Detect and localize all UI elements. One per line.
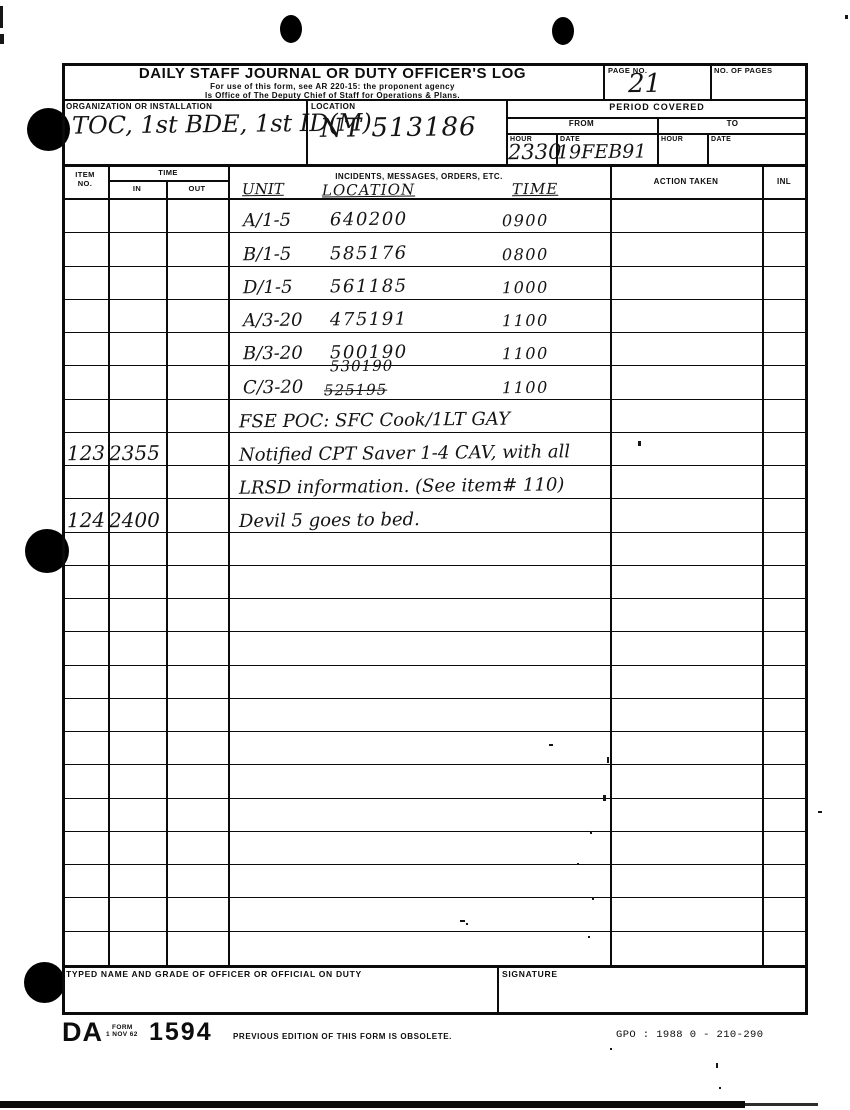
log-table-row [62, 533, 806, 566]
form-rule-line [228, 166, 230, 965]
location-value: NT 513186 [320, 114, 477, 142]
entry-note: FSE POC: SFC Cook/1LT GAY [239, 410, 510, 431]
scan-speck [716, 1063, 718, 1068]
entry-unit: D/1-5 [243, 278, 293, 297]
log-table-row [62, 799, 806, 832]
log-table-row [62, 566, 806, 599]
log-table-row [62, 632, 806, 665]
entry-unit: B/1-5 [243, 245, 291, 264]
form-rule-line [62, 99, 808, 101]
scan-speck [0, 34, 4, 44]
to-date-label: DATE [711, 136, 731, 143]
item-no-label-line2: NO. [62, 180, 108, 188]
log-table-row [62, 832, 806, 865]
action-taken-column-label: ACTION TAKEN [610, 178, 762, 186]
scan-speck [638, 441, 641, 446]
form-rule-line [762, 166, 764, 965]
from-hour-value: 2330 [508, 142, 562, 164]
entry-location-corrected: 530190 [330, 359, 393, 375]
page-no-value: 21 [628, 71, 661, 97]
log-table-row [62, 898, 806, 931]
time-in-label: IN [108, 185, 166, 193]
form-rule-line [62, 63, 808, 66]
log-table-row: FSE POC: SFC Cook/1LT GAY [62, 400, 806, 433]
entry-time: 1100 [502, 346, 549, 362]
log-table-row: B/1-55851760800 [62, 233, 806, 266]
form-rule-line [306, 100, 308, 166]
log-table-row: LRSD information. (See item# 110) [62, 466, 806, 499]
signature-label: SIGNATURE [502, 970, 558, 979]
inl-column-label: INL [762, 178, 806, 186]
entry-note: Notified CPT Saver 1-4 CAV, with all [239, 443, 570, 464]
from-date-value: 19FEB91 [557, 143, 647, 163]
entry-time: 1000 [502, 280, 549, 296]
hw-time-subheader: TIME [512, 182, 558, 197]
scan-speck [588, 936, 590, 938]
form-rule-line [707, 133, 709, 166]
to-hour-label: HOUR [661, 136, 683, 143]
form-rule-line [108, 166, 110, 965]
log-table-row [62, 732, 806, 765]
form-rule-line [497, 965, 499, 1012]
scan-speck [590, 831, 592, 834]
entry-time-in: 2400 [109, 509, 160, 530]
footer-form-prefix: DA [62, 1018, 103, 1046]
hw-unit-subheader: UNIT [242, 182, 284, 197]
time-column-label: TIME [108, 169, 228, 177]
typed-name-label: TYPED NAME AND GRADE OF OFFICER OR OFFIC… [66, 970, 362, 979]
log-table-row: 1242400Devil 5 goes to bed. [62, 499, 806, 532]
log-table-row [62, 932, 806, 965]
entry-time: 1100 [502, 379, 549, 395]
entry-location: 585176 [330, 244, 408, 263]
entry-location: 475191 [330, 311, 408, 330]
entry-note: LRSD information. (See item# 110) [239, 477, 565, 498]
form-title: DAILY STAFF JOURNAL OR DUTY OFFICER'S LO… [62, 66, 603, 82]
form-rule-line [805, 63, 808, 1015]
form-rule-line [603, 63, 605, 101]
footer-form-number: 1594 [149, 1019, 213, 1045]
form-rule-line [108, 180, 228, 182]
footer-gpo-number: GPO : 1988 0 - 210-290 [616, 1030, 763, 1041]
log-table-row [62, 865, 806, 898]
log-table-row: D/1-55611851000 [62, 267, 806, 300]
log-table-row: 1232355Notified CPT Saver 1-4 CAV, with … [62, 433, 806, 466]
log-table-row [62, 765, 806, 798]
scan-speck [719, 1087, 721, 1089]
scan-speck [592, 897, 594, 900]
scan-speck [577, 863, 579, 865]
entry-time: 1100 [502, 313, 549, 329]
entry-unit: A/1-5 [243, 212, 291, 231]
entry-unit: C/3-20 [243, 378, 303, 397]
form-rule-line [62, 164, 808, 167]
form-rule-line [710, 63, 712, 101]
scanner-edge-bar [0, 1101, 745, 1108]
entry-unit: A/3-20 [243, 312, 303, 331]
entry-item-no: 123 [64, 443, 108, 463]
form-rule-line [556, 133, 558, 166]
form-rule-line [506, 100, 508, 166]
period-to-label: TO [657, 120, 808, 128]
form-rule-line [62, 63, 65, 1015]
scan-speck [818, 811, 822, 813]
footer-obsolete-note: PREVIOUS EDITION OF THIS FORM IS OBSOLET… [233, 1033, 452, 1041]
scanned-da-form-1594-page: DAILY STAFF JOURNAL OR DUTY OFFICER'S LO… [0, 0, 850, 1110]
log-table-row: C/3-205301905251951100 [62, 366, 806, 399]
staple-dot-mark [280, 15, 302, 43]
entry-location: 640200 [330, 211, 408, 230]
log-table-row: B/3-205001901100 [62, 333, 806, 366]
scan-speck [607, 757, 609, 763]
form-rule-line [610, 166, 612, 965]
form-rule-line [657, 117, 659, 166]
period-covered-label: PERIOD COVERED [506, 103, 808, 112]
entry-note: Devil 5 goes to bed. [239, 511, 420, 531]
scan-speck [549, 744, 553, 746]
scan-speck [0, 6, 3, 28]
scan-speck [466, 923, 468, 925]
staple-dot-mark [552, 17, 574, 45]
location-label: LOCATION [311, 103, 355, 111]
log-table-row [62, 599, 806, 632]
scan-speck [610, 1048, 612, 1050]
no-of-pages-label: NO. OF PAGES [714, 67, 772, 75]
item-no-label-line1: ITEM [62, 171, 108, 179]
hw-location-subheader: LOCATION [322, 183, 415, 199]
form-rule-line [62, 1012, 808, 1015]
entry-time: 0900 [502, 213, 549, 229]
log-table-row [62, 699, 806, 732]
scan-speck [845, 15, 848, 19]
period-from-label: FROM [506, 120, 657, 128]
form-rule-line [166, 180, 168, 965]
log-rows: A/1-56402000900B/1-55851760800D/1-556118… [62, 200, 806, 965]
hole-punch-mark [24, 962, 65, 1003]
footer-form-edition: 1 NOV 62 [106, 1032, 138, 1039]
entry-unit: B/3-20 [243, 345, 303, 364]
form-rule-line [62, 198, 808, 200]
scan-speck [603, 795, 606, 801]
log-table-row: A/3-204751911100 [62, 300, 806, 333]
log-table-row: A/1-56402000900 [62, 200, 806, 233]
scanner-edge-bar-tail [745, 1103, 818, 1106]
time-out-label: OUT [166, 185, 228, 193]
entry-time-in: 2355 [109, 443, 160, 464]
scan-speck [460, 920, 465, 922]
form-rule-line [62, 965, 808, 968]
log-table-row [62, 666, 806, 699]
entry-location: 561185 [330, 277, 408, 296]
entry-item-no: 124 [64, 509, 108, 529]
entry-time: 0800 [502, 246, 549, 262]
entry-location-struck: 525195 [324, 382, 387, 398]
